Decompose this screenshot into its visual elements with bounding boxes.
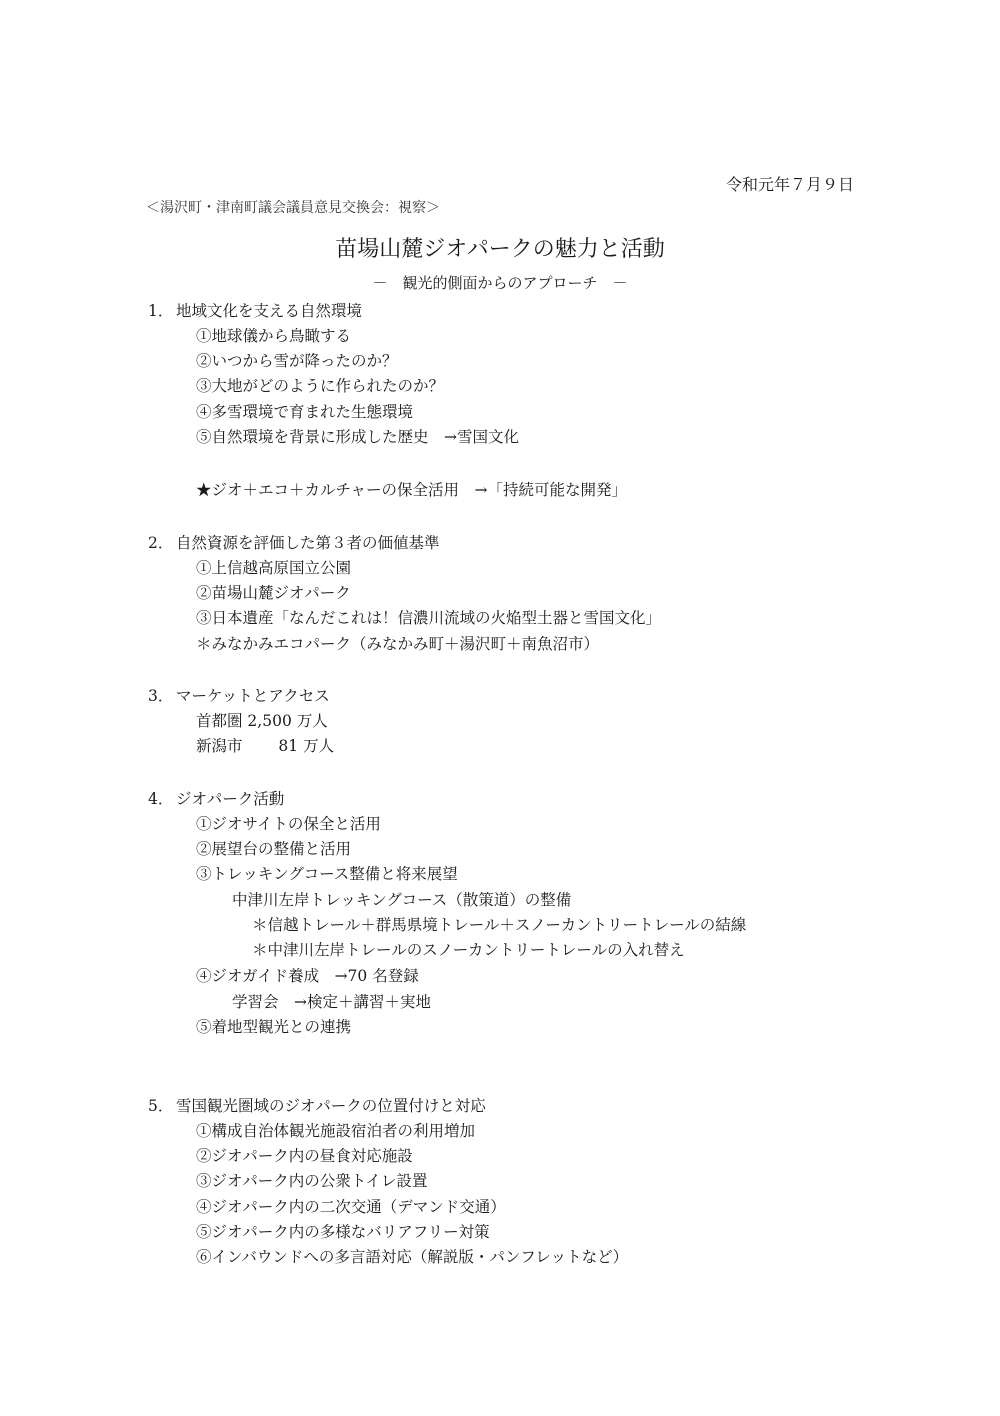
list-item: ③ジオパーク内の公衆トイレ設置 [196,1169,427,1194]
list-item: ①上信越高原国立公園 [196,556,351,581]
document-title: 苗場山麓ジオパークの魅力と活動 [0,232,1000,263]
document-subtitle: － 観光的側面からのアプローチ － [0,272,1000,293]
list-item: ③日本遺産「なんだこれは！信濃川流域の火焔型土器と雪国文化」 [196,606,661,631]
list-item: ①地球儀から鳥瞰する [196,324,351,349]
section-number: 2． [148,531,176,556]
list-item: ④多雪環境で育まれた生態環境 [196,400,413,425]
section-heading-text: マーケットとアクセス [176,687,330,705]
section-5-heading: 5．雪国観光圏域のジオパークの位置付けと対応 [148,1094,486,1119]
section-heading-text: 雪国観光圏域のジオパークの位置付けと対応 [176,1097,486,1115]
sub-sub-list-item: ＊中津川左岸トレールのスノーカントリートレールの入れ替え [252,938,685,963]
list-item: 新潟市 81 万人 [196,734,334,759]
section-1-heading: 1．地域文化を支える自然環境 [148,299,362,324]
section-number: 1． [148,299,176,324]
document-date: 令和元年７月９日 [726,172,854,195]
sub-list-item: 学習会 →検定＋講習＋実地 [232,990,431,1015]
list-item: ④ジオパーク内の二次交通（デマンド交通） [196,1195,506,1220]
list-item: ③トレッキングコース整備と将来展望 [196,862,458,887]
list-item: ⑤自然環境を背景に形成した歴史 →雪国文化 [196,425,519,450]
list-item: ②ジオパーク内の昼食対応施設 [196,1144,413,1169]
section-number: 3． [148,684,176,709]
list-item: ①構成自治体観光施設宿泊者の利用増加 [196,1119,475,1144]
section-3-heading: 3．マーケットとアクセス [148,684,330,709]
list-item: ⑤ジオパーク内の多様なバリアフリー対策 [196,1220,490,1245]
sub-list-item: 中津川左岸トレッキングコース（散策道）の整備 [232,888,571,913]
list-item: ④ジオガイド養成 →70 名登録 [196,964,419,989]
list-item: ①ジオサイトの保全と活用 [196,812,381,837]
section-heading-text: 自然資源を評価した第３者の価値基準 [176,534,440,552]
document-title-text: 苗場山麓ジオパークの魅力と活動 [335,237,665,262]
meeting-name: ＜湯沢町・津南町議会議員意見交換会：視察＞ [146,197,440,217]
list-item: ＊みなかみエコパーク（みなかみ町＋湯沢町＋南魚沼市） [196,632,599,657]
section-number: 4． [148,787,176,812]
section-heading-text: ジオパーク活動 [176,790,284,808]
list-item: ②いつから雪が降ったのか？ [196,349,398,374]
list-item: ⑥インバウンドへの多言語対応（解説版・パンフレットなど） [196,1245,628,1270]
list-item: ⑤着地型観光との連携 [196,1015,351,1040]
section-4-heading: 4．ジオパーク活動 [148,787,284,812]
sub-sub-list-item: ＊信越トレール＋群馬県境トレール＋スノーカントリートレールの結線 [252,913,746,938]
section-heading-text: 地域文化を支える自然環境 [176,302,362,320]
section-2-heading: 2．自然資源を評価した第３者の価値基準 [148,531,440,556]
list-item: ②展望台の整備と活用 [196,837,351,862]
section-1-note: ★ジオ＋エコ＋カルチャーの保全活用 →「持続可能な開発」 [196,478,627,503]
section-number: 5． [148,1094,176,1119]
list-item: ②苗場山麓ジオパーク [196,581,351,606]
list-item: 首都圏 2,500 万人 [196,709,328,734]
list-item: ③大地がどのように作られたのか？ [196,374,444,399]
